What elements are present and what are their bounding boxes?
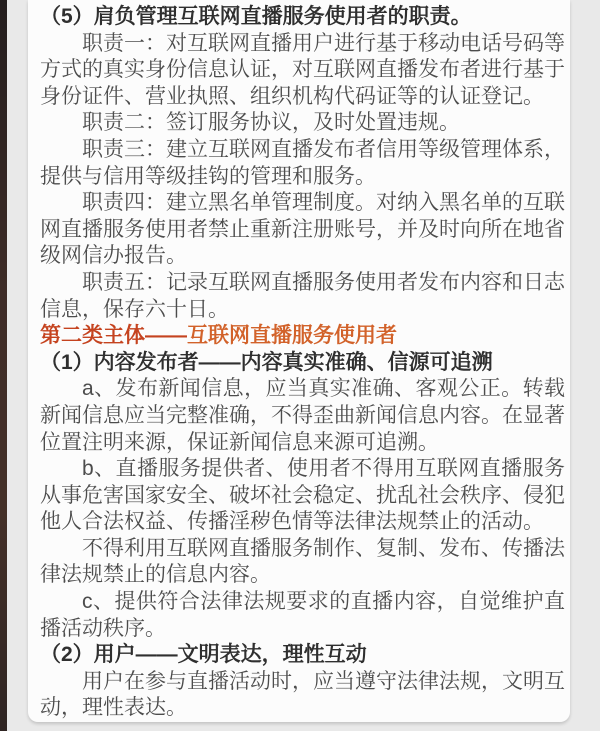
page-background: （5）肩负管理互联网直播服务使用者的职责。 职责一：对互联网直播用户进行基于移动… xyxy=(0,0,600,731)
article-card: （5）肩负管理互联网直播服务使用者的职责。 职责一：对互联网直播用户进行基于移动… xyxy=(28,0,570,722)
paragraph-duty-5: 职责五：记录互联网直播服务使用者发布内容和日志信息，保存六十日。 xyxy=(40,270,565,323)
paragraph-user-conduct: 用户在参与直播活动时，应当遵守法律法规，文明互动，理性表达。 xyxy=(40,669,565,722)
paragraph-duty-2: 职责二：签订服务协议，及时处置违规。 xyxy=(40,110,565,137)
paragraph-item-b: b、直播服务提供者、使用者不得用互联网直播服务从事危害国家安全、破坏社会稳定、扰… xyxy=(40,456,565,536)
paragraph-item-b-continued: 不得利用互联网直播服务制作、复制、发布、传播法律法规禁止的信息内容。 xyxy=(40,536,565,589)
heading-category-2: 第二类主体——互联网直播服务使用者 xyxy=(40,323,565,350)
heading-category-2-label: 第二类主体—— xyxy=(40,324,187,347)
heading-user: （2）用户——文明表达，理性互动 xyxy=(40,642,565,669)
heading-category-2-title: 互联网直播服务使用者 xyxy=(187,324,397,347)
heading-content-publisher: （1）内容发布者——内容真实准确、信源可追溯 xyxy=(40,350,565,377)
left-edge-strip xyxy=(0,0,7,731)
paragraph-item-a: a、发布新闻信息，应当真实准确、客观公正。转载新闻信息应当完整准确，不得歪曲新闻… xyxy=(40,376,565,456)
heading-provider-duty-5: （5）肩负管理互联网直播服务使用者的职责。 xyxy=(40,4,565,31)
paragraph-item-c: c、提供符合法律法规要求的直播内容，自觉维护直播活动秩序。 xyxy=(40,589,565,642)
paragraph-duty-4: 职责四：建立黑名单管理制度。对纳入黑名单的互联网直播服务使用者禁止重新注册账号，… xyxy=(40,190,565,270)
paragraph-duty-3: 职责三：建立互联网直播发布者信用等级管理体系，提供与信用等级挂钩的管理和服务。 xyxy=(40,137,565,190)
paragraph-duty-1: 职责一：对互联网直播用户进行基于移动电话号码等方式的真实身份信息认证，对互联网直… xyxy=(40,31,565,111)
